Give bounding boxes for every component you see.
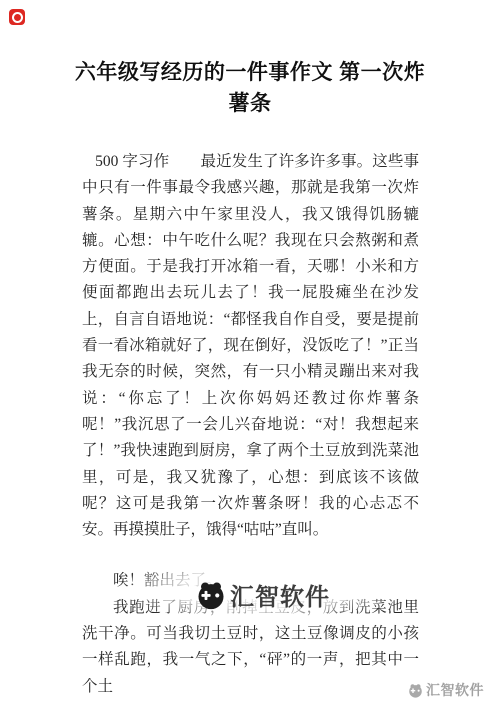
bottom-watermark-label: 汇智软件 (426, 680, 484, 700)
center-watermark: 汇智软件 (196, 577, 330, 612)
center-watermark-label: 汇智软件 (230, 577, 330, 612)
essay-title-line2: 薯条 (0, 88, 500, 119)
essay-paragraph-1: 500 字习作 最近发生了许多许多事。这些事中只有一件事最令我感兴趣，那就是我第… (82, 149, 419, 543)
gamepad-logo-icon (408, 683, 423, 698)
essay-title: 六年级写经历的一件事作文 第一次炸 薯条 (0, 57, 500, 119)
gamepad-logo-icon (196, 580, 226, 610)
essay-title-line1: 六年级写经历的一件事作文 第一次炸 (0, 57, 500, 88)
red-app-icon (9, 9, 25, 25)
red-app-icon-glyph (12, 12, 23, 23)
essay-body: 500 字习作 最近发生了许多许多事。这些事中只有一件事最令我感兴趣，那就是我第… (82, 149, 419, 700)
bottom-watermark: 汇智软件 (408, 680, 484, 700)
